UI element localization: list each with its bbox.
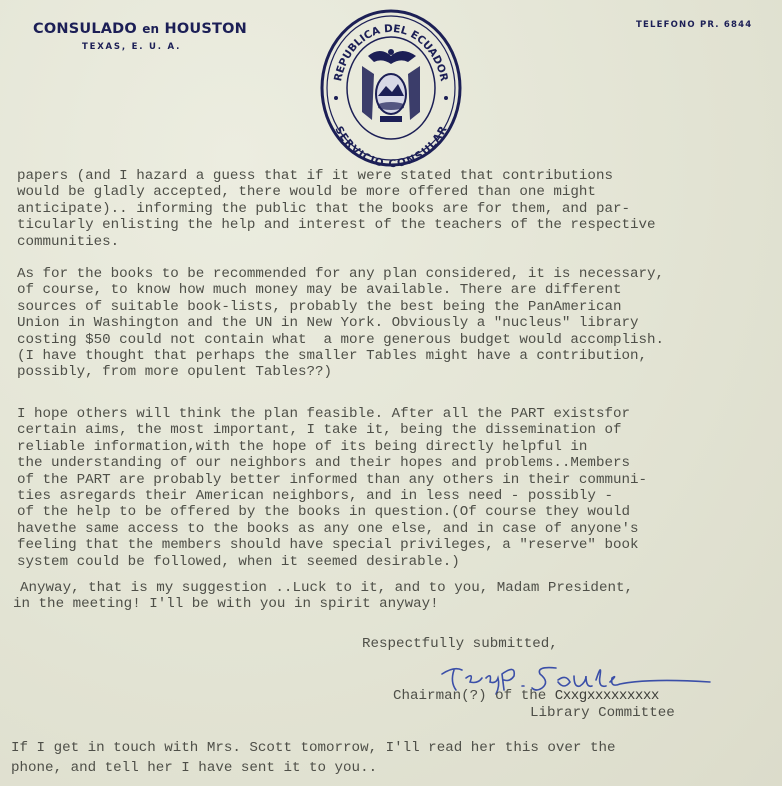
- text-line: I hope others will think the plan feasib…: [17, 406, 647, 422]
- text-line: of the PART are probably better informed…: [17, 472, 647, 488]
- paragraph-suggestion-cont: in the meeting! I'll be with you in spir…: [13, 596, 439, 612]
- struck-out-text: Cxxgxxxxxxxxx: [555, 688, 659, 704]
- text-line: possibly, from more opulent Tables??): [17, 364, 664, 380]
- consulate-name-main: CONSULADO: [33, 21, 137, 37]
- text-line: (I have thought that perhaps the smaller…: [17, 348, 664, 364]
- text-line: ties asregards their American neighbors,…: [17, 488, 647, 504]
- text-line: the understanding of our neighbors and t…: [17, 455, 647, 471]
- text-line: certain aims, the most important, I take…: [17, 422, 647, 438]
- text-line: Union in Washington and the UN in New Yo…: [17, 315, 664, 331]
- text-line: As for the books to be recommended for a…: [17, 266, 664, 282]
- text-line: costing $50 could not contain what a mor…: [17, 332, 664, 348]
- letter-body: papers (and I hazard a guess that if it …: [17, 168, 777, 316]
- text-line: reliable information,with the hope of it…: [17, 439, 647, 455]
- text-line: anticipate).. informing the public that …: [17, 201, 656, 217]
- signer-title-prefix: Chairman(?) of the: [393, 688, 555, 704]
- text-line: havethe same access to the books as any …: [17, 521, 647, 537]
- text-line: communities.: [17, 234, 656, 250]
- text-line: system could be followed, when it seemed…: [17, 554, 647, 570]
- paragraph-suggestion: Anyway, that is my suggestion ..Luck to …: [20, 580, 633, 596]
- consulate-name: CONSULADO en HOUSTON: [33, 21, 247, 37]
- paragraph-plan-feasible: I hope others will think the plan feasib…: [17, 406, 647, 570]
- text-line: feeling that the members should have spe…: [17, 537, 647, 553]
- ecuador-consular-seal-icon: REPUBLICA DEL ECUADOR SERVICIO CONSULAR: [320, 8, 462, 168]
- consulate-phone: TELEFONO PR. 6844: [636, 20, 752, 30]
- signer-committee: Library Committee: [530, 705, 675, 721]
- text-line: of course, to know how much money may be…: [17, 282, 664, 298]
- paragraph-publicity: papers (and I hazard a guess that if it …: [17, 168, 656, 250]
- text-line: sources of suitable book-lists, probably…: [17, 299, 664, 315]
- letterhead-consulate: CONSULADO en HOUSTON TEXAS, E. U. A.: [33, 21, 247, 52]
- signer-title: Chairman(?) of the Cxxgxxxxxxxxx: [393, 688, 659, 704]
- text-line: If I get in touch with Mrs. Scott tomorr…: [11, 738, 616, 758]
- consulate-name-en: en: [142, 22, 159, 36]
- svg-text:SERVICIO CONSULAR: SERVICIO CONSULAR: [332, 124, 449, 168]
- consulate-location: TEXAS, E. U. A.: [82, 42, 247, 52]
- text-line: ticularly enlisting the help and interes…: [17, 217, 656, 233]
- text-line: papers (and I hazard a guess that if it …: [17, 168, 656, 184]
- consulate-city: HOUSTON: [165, 21, 247, 37]
- text-line: phone, and tell her I have sent it to yo…: [11, 758, 616, 778]
- text-line: of the help to be offered by the books i…: [17, 504, 647, 520]
- text-line: would be gladly accepted, there would be…: [17, 184, 656, 200]
- postscript: If I get in touch with Mrs. Scott tomorr…: [11, 738, 616, 778]
- paragraph-book-lists: As for the books to be recommended for a…: [17, 266, 664, 381]
- closing-salutation: Respectfully submitted,: [362, 636, 558, 652]
